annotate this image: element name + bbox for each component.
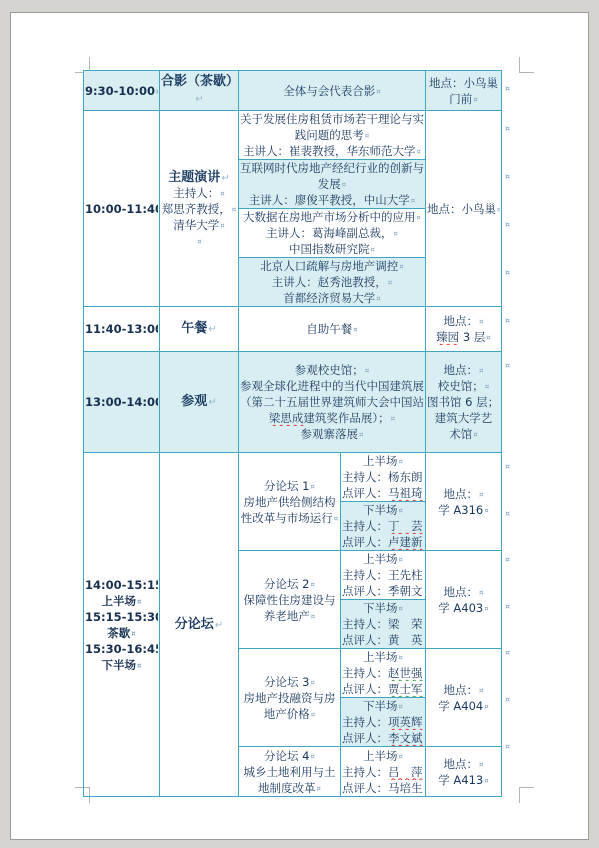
end-of-cell-mark bbox=[484, 379, 489, 393]
line-text: 性改革与市场运行 bbox=[241, 511, 333, 525]
time-cell: 11:40-13:00 bbox=[84, 307, 160, 352]
description-text: 全体与会代表合影 bbox=[283, 84, 375, 98]
line-text: 14:00-15:15 bbox=[85, 578, 158, 592]
end-of-cell-mark bbox=[398, 259, 403, 273]
session-cell: 上半场 主持人：王先柱 点评人：季朝文 bbox=[341, 551, 426, 600]
talk-cell: 大数据在房地产市场分析中的应用主讲人：葛海峰副总裁，中国指数研究院 bbox=[239, 209, 426, 258]
table-row: 13:00-14:00 参观 参观校史馆； 参观全球化进程中的当代中国建筑展 （… bbox=[84, 352, 502, 453]
end-of-cell-mark bbox=[478, 487, 483, 501]
text-boundary-corner bbox=[519, 787, 534, 803]
location-cell: 地点：学 A404 bbox=[426, 649, 502, 747]
end-of-cell-mark bbox=[423, 682, 425, 696]
end-of-cell-mark bbox=[398, 454, 403, 468]
end-of-cell-mark bbox=[130, 626, 135, 640]
host-label: 主持人： bbox=[342, 470, 388, 484]
line-text: 13:00-14:00 bbox=[85, 395, 158, 409]
end-of-cell-mark bbox=[410, 193, 415, 207]
end-of-cell-mark bbox=[423, 568, 425, 582]
end-of-cell-mark bbox=[398, 552, 403, 566]
line-text: 分论坛 2 bbox=[264, 577, 309, 591]
commentator-label: 点评人： bbox=[342, 731, 388, 745]
visit-line: （第二十五届世界建筑师大会中国站+ bbox=[240, 395, 424, 409]
line-text: 主讲人：廖俊平教授，中山大学 bbox=[249, 193, 410, 207]
description-cell: 参观校史馆； 参观全球化进程中的当代中国建筑展 （第二十五届世界建筑师大会中国站… bbox=[239, 352, 426, 453]
end-of-cell-mark bbox=[310, 479, 315, 493]
line-text: 地点： bbox=[444, 487, 479, 501]
end-of-cell-mark bbox=[423, 470, 425, 484]
session-cell: 上半场 主持人：吕 萍 点评人：马培生 bbox=[341, 747, 426, 797]
end-of-cell-mark bbox=[483, 503, 488, 517]
line-text: 分论坛 3 bbox=[264, 675, 309, 689]
end-of-cell-mark bbox=[478, 757, 483, 771]
line-text: 互联网时代房地产经纪行业的创新与 bbox=[240, 161, 424, 175]
line-text: 地制度改革 bbox=[258, 781, 316, 795]
topic-cell: 分论坛 1房地产供给侧结构性改革与市场运行 bbox=[239, 453, 341, 551]
end-of-cell-mark bbox=[478, 314, 483, 328]
line-text: 学 A403 bbox=[438, 601, 483, 615]
host-label: 主持人： bbox=[342, 568, 388, 582]
host-name: 杨东朗 bbox=[388, 470, 423, 484]
line-text: 城乡土地利用与土 bbox=[244, 765, 336, 779]
talk-cell: 关于发展住房租赁市场若干理论与实践问题的思考主讲人：崔裴教授，华东师范大学 bbox=[239, 111, 426, 160]
line-text: 分论坛 1 bbox=[264, 479, 309, 493]
end-of-cell-mark bbox=[485, 330, 490, 344]
line-break-mark bbox=[220, 170, 229, 184]
end-of-cell-mark bbox=[375, 291, 380, 305]
session-half-label: 上半场 bbox=[363, 749, 398, 763]
line-text: 学 A413 bbox=[438, 773, 483, 787]
line-text: 主讲人：崔裴教授，华东师范大学 bbox=[243, 144, 416, 158]
event-type-cell: 主题演讲 主持人：郑思齐教授，清华大学 bbox=[160, 111, 239, 307]
end-of-cell-mark bbox=[416, 210, 421, 224]
commentator-label: 点评人： bbox=[342, 781, 388, 795]
end-of-row-mark bbox=[505, 687, 517, 697]
end-of-cell-mark bbox=[333, 511, 338, 525]
session-half-label: 上半场 bbox=[363, 552, 398, 566]
description-text: 自助午餐 bbox=[306, 322, 352, 336]
table-row: 9:30-10:00 合影（茶歇） 全体与会代表合影 地点：小鸟巢门前 bbox=[84, 71, 502, 111]
line-text: 养老地产 bbox=[264, 609, 310, 623]
end-of-cell-mark bbox=[423, 781, 425, 795]
end-of-cell-mark bbox=[423, 633, 425, 647]
visit-line-name: 梁思成 bbox=[269, 411, 304, 425]
line-text: 地点：小鸟巢 bbox=[429, 76, 498, 90]
end-of-cell-mark bbox=[370, 242, 375, 256]
visit-line: 建筑奖作品展）； bbox=[303, 411, 389, 425]
commentator-label: 点评人： bbox=[342, 535, 388, 549]
session-cell: 上半场 主持人：赵世强 点评人：贾士军 bbox=[341, 649, 426, 698]
event-type-cell: 午餐 bbox=[160, 307, 239, 352]
host-label: 主持人： bbox=[342, 715, 388, 729]
location-cell: 地点：学 A413 bbox=[426, 747, 502, 797]
time-cell: 14:00-15:15上半场15:15-15:30茶歇15:30-16:45下半… bbox=[84, 453, 160, 797]
end-of-cell-mark bbox=[136, 658, 141, 672]
host-name: 丁 芸 bbox=[388, 519, 423, 533]
end-of-cell-mark bbox=[341, 177, 346, 191]
end-of-row-mark bbox=[505, 308, 517, 318]
end-of-cell-mark bbox=[423, 731, 425, 745]
word-document-canvas: { "labels": { "host": "主持人：", "comm": "点… bbox=[0, 0, 599, 848]
table-row: 11:40-13:00 午餐 自助午餐 地点： 臻园 3 层 bbox=[84, 307, 502, 352]
schedule-table: 9:30-10:00 合影（茶歇） 全体与会代表合影 地点：小鸟巢门前 10:0… bbox=[83, 70, 502, 797]
location-cell: 地点： 臻园 3 层 bbox=[426, 307, 502, 352]
end-of-cell-mark bbox=[483, 601, 488, 615]
commentator-name: 马祖琦 bbox=[388, 486, 423, 500]
end-of-cell-mark bbox=[423, 584, 425, 598]
line-text: 地点： bbox=[444, 585, 479, 599]
commentator-name: 卢建新 bbox=[388, 535, 423, 549]
line-text: 分论坛 4 bbox=[264, 749, 309, 763]
event-type-label: 午餐 bbox=[181, 321, 207, 336]
end-of-row-mark bbox=[505, 353, 517, 363]
commentator-name: 李文斌 bbox=[388, 731, 423, 745]
session-half-label: 上半场 bbox=[363, 454, 398, 468]
end-of-cell-mark bbox=[398, 699, 403, 713]
time-cell: 9:30-10:00 bbox=[84, 71, 160, 111]
time-cell: 10:00-11:40 bbox=[84, 111, 160, 307]
end-of-cell-mark bbox=[499, 395, 500, 409]
line-text: 建筑大学艺 bbox=[435, 411, 493, 425]
time-cell: 13:00-14:00 bbox=[84, 352, 160, 453]
end-of-cell-mark bbox=[310, 675, 315, 689]
end-of-row-mark bbox=[505, 594, 517, 604]
talk-cell: 北京人口疏解与房地产调控主讲人：赵秀池教授，首都经济贸易大学 bbox=[239, 258, 426, 307]
end-of-cell-mark bbox=[316, 781, 321, 795]
line-text: 发展 bbox=[318, 177, 341, 191]
line-break-mark bbox=[194, 91, 203, 105]
commentator-label: 点评人： bbox=[342, 486, 388, 500]
end-of-cell-mark bbox=[423, 617, 425, 631]
line-text: 学 A316 bbox=[438, 503, 483, 517]
line-text: 中国指数研究院 bbox=[289, 242, 370, 256]
end-of-cell-mark bbox=[423, 519, 425, 533]
end-of-row-mark bbox=[505, 640, 517, 650]
line-text: 地点：小鸟巢 bbox=[427, 202, 496, 216]
event-type-label: 参观 bbox=[181, 394, 207, 409]
line-break-mark bbox=[207, 321, 216, 335]
line-text: 15:30-16:45 bbox=[85, 642, 158, 656]
commentator-label: 点评人： bbox=[342, 633, 388, 647]
end-of-cell-mark bbox=[423, 765, 425, 779]
text-boundary-corner bbox=[519, 57, 534, 73]
line-text: 践问题的思考 bbox=[295, 128, 364, 142]
session-half-label: 下半场 bbox=[363, 699, 398, 713]
line-text: 地产价格 bbox=[264, 707, 310, 721]
line-text: 房地产供给侧结构 bbox=[244, 495, 336, 509]
event-type-label: 主题演讲 bbox=[168, 170, 220, 185]
session-half-label: 下半场 bbox=[363, 601, 398, 615]
line-text: 地点： bbox=[444, 363, 479, 377]
end-of-cell-mark bbox=[310, 749, 315, 763]
session-cell: 下半场 主持人：梁 荣 点评人：黄 英 bbox=[341, 600, 426, 649]
session-half-label: 下半场 bbox=[363, 503, 398, 517]
line-break-mark bbox=[207, 394, 216, 408]
line-text: 上半场 bbox=[102, 594, 137, 608]
location-cell: 地点：学 A316 bbox=[426, 453, 502, 551]
description-cell: 自助午餐 bbox=[239, 307, 426, 352]
end-of-row-mark bbox=[505, 164, 517, 174]
end-of-cell-mark bbox=[483, 773, 488, 787]
commentator-label: 点评人： bbox=[342, 682, 388, 696]
end-of-cell-mark bbox=[398, 749, 403, 763]
host-label: 主持人： bbox=[342, 666, 388, 680]
end-of-cell-mark bbox=[310, 609, 315, 623]
location-floor: 3 层 bbox=[459, 330, 485, 344]
commentator-name: 贾士军 bbox=[388, 682, 423, 696]
session-cell: 下半场 主持人：项英辉 点评人：李文斌 bbox=[341, 698, 426, 747]
end-of-cell-mark bbox=[423, 535, 425, 549]
end-of-cell-mark bbox=[496, 202, 500, 216]
end-of-cell-mark bbox=[310, 707, 315, 721]
line-text: 9:30-10:00 bbox=[85, 84, 155, 98]
topic-cell: 分论坛 4城乡土地利用与土地制度改革 bbox=[239, 747, 341, 797]
end-of-cell-mark bbox=[358, 427, 363, 441]
line-text: 茶歇 bbox=[107, 626, 130, 640]
visit-line: 参观寨落展 bbox=[301, 427, 359, 441]
event-type-label: 合影（茶歇） bbox=[161, 74, 239, 89]
end-of-cell-mark bbox=[352, 322, 357, 336]
line-text: 下半场 bbox=[102, 658, 137, 672]
end-of-cell-mark bbox=[393, 226, 398, 240]
host-name: 梁 荣 bbox=[388, 617, 423, 631]
end-of-cell-mark bbox=[472, 427, 477, 441]
line-text: 保障性住房建设与 bbox=[244, 593, 336, 607]
line-text: 主讲人：赵秀池教授， bbox=[272, 275, 387, 289]
end-of-cell-mark bbox=[478, 683, 483, 697]
end-of-cell-mark bbox=[155, 84, 158, 98]
event-type-cell: 分论坛 bbox=[160, 453, 239, 797]
commentator-name: 马培生 bbox=[388, 781, 423, 795]
end-of-row-mark bbox=[505, 116, 517, 126]
host-name: 王先柱 bbox=[388, 568, 423, 582]
description-cell: 全体与会代表合影 bbox=[239, 71, 426, 111]
commentator-name: 季朝文 bbox=[388, 584, 423, 598]
location-name: 臻园 bbox=[436, 330, 459, 344]
end-of-cell-mark bbox=[390, 411, 395, 425]
end-of-cell-mark bbox=[472, 92, 477, 106]
line-text: 房地产投融资与房 bbox=[244, 691, 336, 705]
topic-cell: 分论坛 2保障性住房建设与养老地产 bbox=[239, 551, 341, 649]
session-half-label: 上半场 bbox=[363, 650, 398, 664]
line-text: 首都经济贸易大学 bbox=[283, 291, 375, 305]
location-cell: 地点：校史馆；图书馆 6 层；建筑大学艺术馆 bbox=[426, 352, 502, 453]
end-of-cell-mark bbox=[375, 84, 380, 98]
end-of-row-mark bbox=[505, 454, 517, 464]
line-text: 郑思齐教授， bbox=[162, 202, 231, 216]
location-cell: 地点：学 A403 bbox=[426, 551, 502, 649]
end-of-cell-mark bbox=[398, 650, 403, 664]
end-of-row-mark bbox=[505, 734, 517, 744]
line-text: 主讲人：葛海峰副总裁， bbox=[266, 226, 393, 240]
end-of-cell-mark bbox=[219, 186, 224, 200]
end-of-cell-mark bbox=[483, 699, 488, 713]
line-text: 地点： bbox=[444, 683, 479, 697]
table-row: 10:00-11:40 主题演讲 主持人：郑思齐教授，清华大学 关于发展住房租赁… bbox=[84, 111, 502, 160]
session-cell: 下半场 主持人：丁 芸 点评人：卢建新 bbox=[341, 502, 426, 551]
location-cell: 地点：小鸟巢 bbox=[426, 111, 502, 307]
topic-cell: 分论坛 3房地产投融资与房地产价格 bbox=[239, 649, 341, 747]
visit-line: 参观校史馆； bbox=[295, 363, 364, 377]
host-name: 赵世强 bbox=[388, 666, 423, 680]
line-text: 图书馆 6 层； bbox=[427, 395, 499, 409]
visit-line: 参观全球化进程中的当代中国建筑展 bbox=[240, 379, 424, 393]
line-text: 主持人： bbox=[173, 186, 219, 200]
end-of-row-mark bbox=[505, 501, 517, 511]
end-of-row-mark bbox=[505, 76, 517, 86]
line-text: 11:40-13:00 bbox=[85, 322, 158, 336]
session-cell: 上半场 主持人：杨东朗 点评人：马祖琦 bbox=[341, 453, 426, 502]
document-page: 9:30-10:00 合影（茶歇） 全体与会代表合影 地点：小鸟巢门前 10:0… bbox=[10, 12, 589, 840]
end-of-cell-mark bbox=[478, 363, 483, 377]
host-label: 主持人： bbox=[342, 765, 388, 779]
line-text: 学 A404 bbox=[438, 699, 483, 713]
line-text: 门前 bbox=[449, 92, 472, 106]
line-text: 10:00-11:40 bbox=[85, 202, 158, 216]
line-text: 校史馆； bbox=[438, 379, 484, 393]
host-label: 主持人： bbox=[342, 617, 388, 631]
commentator-label: 点评人： bbox=[342, 584, 388, 598]
line-text: 15:15-15:30 bbox=[85, 610, 158, 624]
line-text: 地点： bbox=[444, 757, 479, 771]
commentator-name: 黄 英 bbox=[388, 633, 423, 647]
end-of-cell-mark bbox=[398, 503, 403, 517]
end-of-row-mark bbox=[505, 212, 517, 222]
end-of-cell-mark bbox=[387, 275, 392, 289]
end-of-row-mark bbox=[505, 547, 517, 557]
end-of-cell-mark bbox=[136, 594, 141, 608]
end-of-cell-mark bbox=[423, 666, 425, 680]
location-label: 地点： bbox=[444, 314, 479, 328]
end-of-cell-mark bbox=[231, 202, 236, 216]
line-text: 大数据在房地产市场分析中的应用 bbox=[243, 210, 416, 224]
host-name: 项英辉 bbox=[388, 715, 423, 729]
location-cell: 地点：小鸟巢门前 bbox=[426, 71, 502, 111]
moderator-lines: 主持人：郑思齐教授，清华大学 bbox=[161, 185, 237, 249]
table-row: 14:00-15:15上半场15:15-15:30茶歇15:30-16:45下半… bbox=[84, 453, 502, 502]
end-of-cell-mark bbox=[478, 585, 483, 599]
end-of-cell-mark bbox=[196, 234, 201, 248]
host-label: 主持人： bbox=[342, 519, 388, 533]
line-text: 北京人口疏解与房地产调控 bbox=[260, 259, 398, 273]
talk-cell: 互联网时代房地产经纪行业的创新与发展主讲人：廖俊平教授，中山大学 bbox=[239, 160, 426, 209]
event-type-label: 分论坛 bbox=[175, 617, 214, 632]
end-of-cell-mark bbox=[219, 218, 224, 232]
end-of-cell-mark bbox=[364, 128, 369, 142]
line-text: 术馆 bbox=[449, 427, 472, 441]
line-text: 清华大学 bbox=[173, 218, 219, 232]
event-type-cell: 参观 bbox=[160, 352, 239, 453]
event-type-cell: 合影（茶歇） bbox=[160, 71, 239, 111]
end-of-cell-mark bbox=[416, 144, 421, 158]
line-text: 关于发展住房租赁市场若干理论与实 bbox=[240, 112, 424, 126]
end-of-cell-mark bbox=[423, 715, 425, 729]
end-of-cell-mark bbox=[310, 577, 315, 591]
host-name: 吕 萍 bbox=[388, 765, 423, 779]
end-of-cell-mark bbox=[423, 486, 425, 500]
end-of-cell-mark bbox=[364, 363, 369, 377]
end-of-cell-mark bbox=[398, 601, 403, 615]
end-of-row-mark bbox=[505, 260, 517, 270]
line-break-mark bbox=[214, 617, 223, 631]
